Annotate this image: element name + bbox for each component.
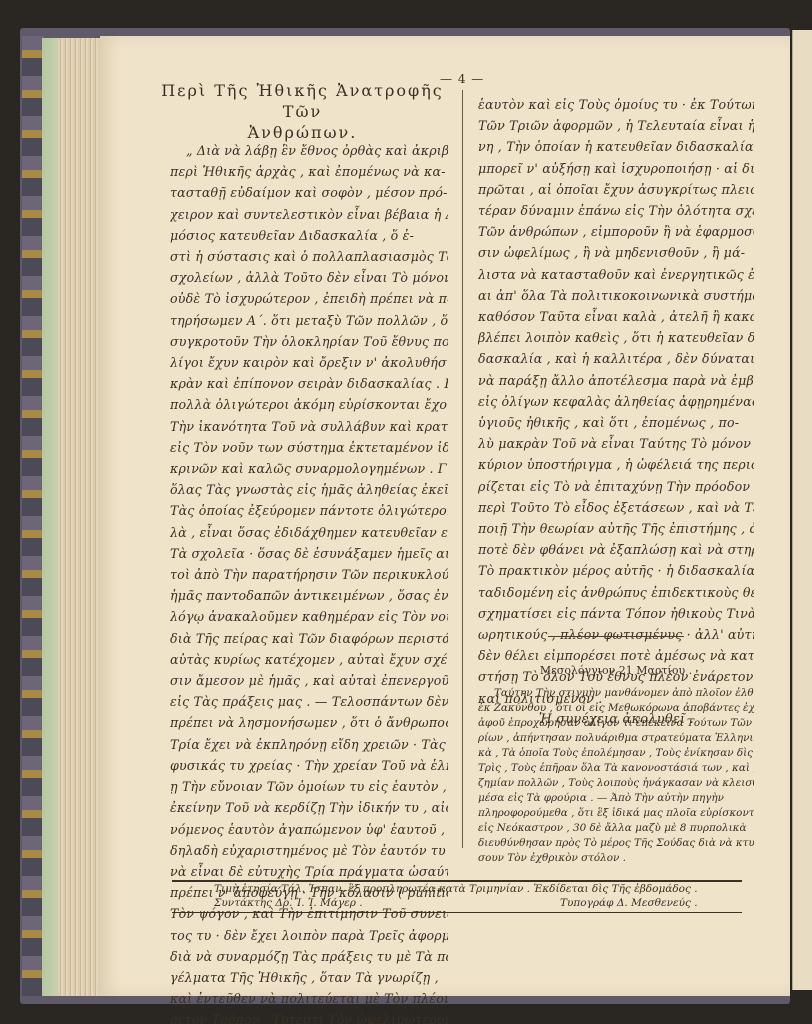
- text-line: Τὴν ἱκανότητα Τοῦ νὰ συλλάβυν καὶ κρατήσ…: [170, 416, 448, 437]
- text-line: ζημίαν πολλῶν , Τοὺς λοιποὺς ἠνάγκασαν ν…: [478, 776, 754, 791]
- text-line: ταδιδομένη εἰς ἀνθρώπυς ἐπιδεκτικοὺς θέλ…: [478, 582, 754, 603]
- text-line: διὰ νὰ συναρμόζῃ Τὰς πράξεις τυ μὲ Τὰ πα…: [170, 946, 448, 967]
- text-line: „ Διὰ νὰ λάβῃ ἓν ἔθνος ὀρθὰς καὶ ἀκριβεῖ…: [170, 140, 448, 161]
- text-line: τέραν δύναμιν ἐπάνω εἰς Τὴν ὁλότητα σχεδ…: [478, 200, 754, 221]
- text-line: σιν ὠφελίμως , ἢ νὰ μηδενισθοῦν , ἢ μά-: [478, 242, 754, 263]
- news-item: Ταύτην Τὴν στιγμὴν μανθάνομεν ἀπὸ πλοῖον…: [478, 686, 754, 866]
- text-line: ἐκείνην Τοῦ νὰ κερδίζῃ Τὴν ἰδικήν τυ , α…: [170, 797, 448, 818]
- text-line: κύριον ὑποστήριγμα , ἡ ὠφέλειά της περιο…: [478, 454, 754, 475]
- text-line: καθόσον Ταῦτα εἶναι καλὰ , ἀτελῆ ἢ κακά …: [478, 306, 754, 327]
- text-line: λιστα νὰ κατασταθοῦν καὶ ἐνεργητικῶς ἐνα…: [478, 264, 754, 285]
- text-line: ωρητικούς , πλέον φωτισμένυς · ἀλλ' αὐτὴ: [478, 624, 754, 645]
- text-line: Τὸ πρακτικὸν μέρος αὐτῆς · ἡ διδασκαλία …: [478, 560, 754, 581]
- text-line: πολλὰ ὀλιγώτεροι ἀκόμη εὑρίσκονται ἔχοντ…: [170, 394, 448, 415]
- text-line: μόσιος κατευθεῖαν Διδασκαλία , ὅ ἐ-: [170, 225, 448, 246]
- text-line: ρετον Τρόπον , Τυτέστι Τὸν ὠφελιμώτερον …: [170, 1009, 448, 1024]
- text-line: γέλματα Τῆς Ἠθικῆς , ὅταν Τὰ γνωρίζῃ ,: [170, 967, 448, 988]
- text-line: λὺ μακρὰν Τοῦ νὰ εἶναι Ταύτης Τὸ μόνον ἢ…: [478, 433, 754, 454]
- text-line: Τὰ σχολεῖα · ὅσας δὲ ἐσυνάξαμεν ἡμεῖς αὐ…: [170, 543, 448, 564]
- text-line: πληροφορούμεθα , ὅτι ἓξ ἰδικά μας πλοῖα …: [478, 806, 754, 821]
- text-line: νόμενος ἑαυτὸν ἀγαπώμενον ὑφ' ἑαυτοῦ , ὢ…: [170, 819, 448, 840]
- text-line: περὶ Ἠθικῆς ἀρχὰς , καὶ ἐπομένως νὰ κα-: [170, 161, 448, 182]
- text-line: χειρον καὶ συντελεστικὸν εἶναι βέβαια ἡ …: [170, 204, 448, 225]
- text-line: τοὶ ἀπὸ Τὴν παρατήρησιν Τῶν περικυκλούντ…: [170, 564, 448, 585]
- text-line: κρὰν καὶ ἐπίπονον σειρὰν διδασκαλίας . Β…: [170, 373, 448, 394]
- text-line: τασταθῇ εὐδαίμον καὶ σοφὸν , μέσον πρό-: [170, 182, 448, 203]
- text-line: ὑγιοῦς ἠθικῆς , καὶ ὅτι , ἐπομένως , πο-: [478, 412, 754, 433]
- column-divider: [462, 90, 463, 848]
- text-line: ποιῇ Τὴν θεωρίαν αὐτῆς Τῆς ἐπιστήμης , ἀ…: [478, 518, 754, 539]
- text-line: Ταύτην Τὴν στιγμὴν μανθάνομεν ἀπὸ πλοῖον…: [478, 686, 754, 701]
- text-line: πρῶται , αἱ ὁποῖαι ἔχυν ἀσυγκρίτως πλειο…: [478, 179, 754, 200]
- footer-editor: Συντάκτης Δρ. Ἰ. Ἰ. Μάγερ .: [214, 897, 363, 909]
- text-line: διευθύνθησαν πρὸς Τὸ μέρος Τῆς Σούδας δι…: [478, 836, 754, 851]
- text-line: Τρία ἔχει νὰ ἐκπληρόνῃ εἴδη χρειῶν · Τὰς: [170, 734, 448, 755]
- text-line: ρίζεται εἰς Τὸ νὰ ἐπιταχύνῃ Τὴν πρόοδον …: [478, 476, 754, 497]
- text-line: σιν ἄμεσον μὲ ἡμᾶς , καὶ αὐταὶ ἐπενεργοῦ…: [170, 670, 448, 691]
- text-line: σχολείων , ἀλλὰ Τοῦτο δὲν εἶναι Τὸ μόνον…: [170, 267, 448, 288]
- text-line: δηλαδὴ εὐχαριστημένος μὲ Τὸν ἑαυτόν τυ ·…: [170, 840, 448, 861]
- text-line: συγκροτοῦν Τὴν ὁλοκληρίαν Τοῦ ἔθνυς πολλ…: [170, 331, 448, 352]
- text-line: ῃ Τὴν εὔνοιαν Τῶν ὁμοίων τυ εἰς ἑαυτὸν ,…: [170, 776, 448, 797]
- text-line: ἐκ Ζακύνθου , ὅτι οἱ εἰς Μεθωκόρωνα ἀποβ…: [478, 701, 754, 716]
- footer-rule-top: [172, 880, 742, 882]
- text-line: περὶ Τοῦτο Τὸ εἶδος ἐξετάσεων , καὶ νὰ Τ…: [478, 497, 754, 518]
- news-dateline: Μεσολόγγιον 21 Μαρτίου .: [478, 664, 754, 677]
- text-line: εἰς Τὰς πράξεις μας . — Τελοσπάντων δὲν: [170, 691, 448, 712]
- text-line: τος τυ · δὲν ἔχει λοιπὸν παρὰ Τρεῖς ἀφορ…: [170, 925, 448, 946]
- text-line: οὐδὲ Τὸ ἰσχυρώτερον , ἐπειδὴ πρέπει νὰ π…: [170, 288, 448, 309]
- text-line: ἑαυτὸν καὶ εἰς Τοὺς ὁμοίυς τυ · ἐκ Τούτω…: [478, 94, 754, 115]
- text-line: λίγοι ἔχυν καιρὸν καὶ ὄρεξιν ν' ἀκολυθήσ…: [170, 352, 448, 373]
- marbled-edge: [22, 36, 44, 996]
- background: [0, 0, 812, 28]
- text-line: μέσα εἰς Τὰ φρούρια . — Ἀπὸ Τὴν αὐτὴν πη…: [478, 791, 754, 806]
- text-line: φυσικάς τυ χρείας · Τὴν χρείαν Τοῦ νὰ ἑλ…: [170, 755, 448, 776]
- text-line: διὰ Τῆς πείρας καὶ Τῶν διαφόρων περιστάσ…: [170, 628, 448, 649]
- text-line: ὅλας Τὰς γνωστὰς εἰς ἡμᾶς ἀληθείας ἐκεῖν…: [170, 479, 448, 500]
- text-line: εἰς ὀλίγων κεφαλὰς ἀληθείας ἀφῃρημένας Τ…: [478, 391, 754, 412]
- right-column: ἑαυτὸν καὶ εἰς Τοὺς ὁμοίυς τυ · ἐκ Τούτω…: [478, 94, 754, 730]
- text-line: Τῶν Τριῶν ἀφορμῶν , ἡ Τελευταία εἶναι ἡ …: [478, 115, 754, 136]
- text-line: ποτὲ δὲν φθάνει νὰ ἐξαπλώσῃ καὶ νὰ στηρί…: [478, 539, 754, 560]
- section-rule: [548, 636, 684, 637]
- text-line: ἀφοῦ ἐπροχώρησαν ὀλίγον τι ἐπέκεινα Τούτ…: [478, 716, 754, 731]
- text-line: λὰ , εἶναι ὅσας ἐδιδάχθημεν κατευθεῖαν ε…: [170, 522, 448, 543]
- text-line: κὰ , Τὰ ὁποῖα Τοὺς ἐπολέμησαν , Τοὺς ἐνί…: [478, 746, 754, 761]
- text-line: νη , Τὴν ὁποίαν ἡ κατευθεῖαν διδασκαλία …: [478, 136, 754, 157]
- text-line: νὰ παράξῃ ἄλλο ἀποτέλεσμα παρὰ νὰ ἐμβάσῃ: [478, 370, 754, 391]
- text-line: ἡμᾶς παντοδαπῶν ἀντικειμένων , ὅσας ἐν ἑ…: [170, 585, 448, 606]
- text-line: σχηματίσει εἰς πάντα Τόπον ἠθικοὺς Τινὰς…: [478, 603, 754, 624]
- footer-rule-bottom: [172, 912, 742, 913]
- text-line: βλέπει λοιπὸν καθεὶς , ὅτι ἡ κατευθεῖαν …: [478, 327, 754, 348]
- text-line: στὶ ἡ σύστασις καὶ ὁ πολλαπλασιασμὸς Τῶν: [170, 246, 448, 267]
- text-line: λόγῳ ἀνακαλοῦμεν καθημέραν εἰς Τὸν νοῦν …: [170, 606, 448, 627]
- footer-printer: Τυπογράφ Δ. Μεσθενεύς .: [560, 897, 698, 909]
- text-line: τηρήσωμεν Α΄. ὅτι μεταξὺ Τῶν πολλῶν , ὅσ…: [170, 310, 448, 331]
- text-line: πρέπει νὰ λησμονήσωμεν , ὅτι ὁ ἄνθρωπος: [170, 712, 448, 733]
- text-line: εἰς Τὸν νοῦν των σύστημα ἐκτεταμένον ἰδε…: [170, 437, 448, 458]
- text-line: Τῶν ἀνθρώπων , εἰμποροῦν ἢ νὰ ἐφαρμοσθῶ-: [478, 221, 754, 242]
- title-line-1: Περὶ Τῆς Ἠθικῆς Ἀνατροφῆς Τῶν: [155, 80, 450, 122]
- text-line: Τρὶς , Τοὺς ἐπῆραν ὅλα Τὰ κανονοστάσιά τ…: [478, 761, 754, 776]
- text-line: αι ἀπ' ὅλα Τὰ πολιτικοκοινωνικὰ συστήματ…: [478, 285, 754, 306]
- text-line: εἰς Νεόκαστρον , 30 δὲ ἄλλα μαζὺ μὲ 8 πυ…: [478, 821, 754, 836]
- facing-page-edge: [792, 30, 812, 990]
- text-line: ρίων , ἀπήντησαν πολυάριθμα στρατεύματα …: [478, 731, 754, 746]
- text-line: νὰ εἶναι δὲ εὐτυχὴς Τρία πράγματα ὡσαύτω…: [170, 861, 448, 882]
- article-title: Περὶ Τῆς Ἠθικῆς Ἀνατροφῆς Τῶν Ἀνθρώπων.: [155, 80, 450, 143]
- page-leaves: [58, 38, 102, 996]
- text-line: κρινῶν καὶ καλῶς συναρμολογημένων . Γ΄. …: [170, 458, 448, 479]
- text-line: μπορεῖ ν' αὐξήσῃ καὶ ἰσχυροποιήσῃ · αἱ δ…: [478, 158, 754, 179]
- text-line: αὐτὰς κυρίως κατέχομεν , αὐταὶ ἔχυν σχέ-: [170, 649, 448, 670]
- footer-price-line: Τιμὴ ἐτησία Τάλ. Ἰσπαν. ἓξ προπληρωτέα κ…: [214, 883, 698, 895]
- text-line: σουν Τὸν ἐχθρικὸν στόλον .: [478, 851, 754, 866]
- text-line: Τὰς ὁποίας ἐξεύρομεν πάντοτε ὀλιγώτερον …: [170, 500, 448, 521]
- text-line: δασκαλία , καὶ ἡ καλλιτέρα , δὲν δύναται: [478, 348, 754, 369]
- text-line: καὶ ἐντεῦθεν νὰ πολιτεύεται μὲ Τὸν πλέον…: [170, 988, 448, 1009]
